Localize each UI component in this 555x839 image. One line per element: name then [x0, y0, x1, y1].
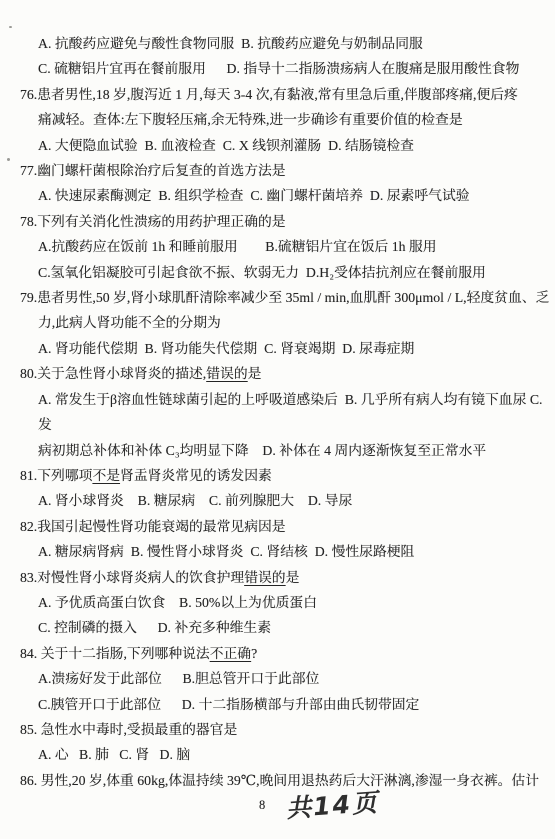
- scan-speck: [7, 158, 10, 161]
- exam-page-scan: A. 抗酸药应避免与酸性食物同服 B. 抗酸药应避免与奶制品同服C. 硫糖铝片宜…: [0, 0, 555, 839]
- text-line: 81.下列哪项不是肾盂肾炎常见的诱发因素: [0, 463, 555, 488]
- text-line: 77.幽门螺杆菌根除治疗后复查的首选方法是: [0, 158, 555, 183]
- text-line: C. 控制磷的摄入 D. 补充多种维生素: [0, 615, 555, 640]
- text-line: A. 快速尿素酶测定 B. 组织学检查 C. 幽门螺杆菌培养 D. 尿素呼气试验: [0, 183, 555, 208]
- text-line: 85. 急性水中毒时,受损最重的器官是: [0, 717, 555, 742]
- text-line: 84. 关于十二指肠,下列哪种说法不正确?: [0, 641, 555, 666]
- line-text: 78.下列有关消化性溃疡的用药护理正确的是: [20, 214, 286, 229]
- line-text: A. 心 B. 肺 C. 肾 D. 脑: [38, 747, 190, 762]
- underlined-text: 错误的: [244, 570, 285, 585]
- line-text: A. 常发生于β溶血性链球菌引起的上呼吸道感染后 B. 几乎所有病人均有镜下血尿…: [38, 392, 546, 432]
- text-line: A.抗酸药应在饭前 1h 和睡前服用 B.硫糖铝片宜在饭后 1h 服用: [0, 234, 555, 259]
- text-line: 83.对慢性肾小球肾炎病人的饮食护理错误的是: [0, 565, 555, 590]
- line-text: 76.患者男性,18 岁,腹泻近 1 月,每天 3-4 次,有黏液,常有里急后重…: [20, 87, 518, 102]
- line-text: C.胰管开口于此部位 D. 十二指肠横部与升部由曲氏韧带固定: [38, 697, 419, 712]
- line-text: A. 糖尿病肾病 B. 慢性肾小球肾炎 C. 肾结核 D. 慢性尿路梗阻: [38, 544, 414, 559]
- line-text: 82.我国引起慢性肾功能衰竭的最常见病因是: [20, 519, 286, 534]
- scan-speck: [9, 26, 12, 28]
- line-text: A. 快速尿素酶测定 B. 组织学检查 C. 幽门螺杆菌培养 D. 尿素呼气试验: [38, 188, 470, 203]
- document-body: A. 抗酸药应避免与酸性食物同服 B. 抗酸药应避免与奶制品同服C. 硫糖铝片宜…: [0, 0, 555, 793]
- text-line: A. 心 B. 肺 C. 肾 D. 脑: [0, 742, 555, 767]
- line-text: C.氢氧化铝凝胶可引起食欲不振、软弱无力 D.H₂受体拮抗剂应在餐前服用: [38, 265, 486, 280]
- text-line: A. 肾功能代偿期 B. 肾功能失代偿期 C. 肾衰竭期 D. 尿毒症期: [0, 336, 555, 361]
- text-line: C. 硫糖铝片宜再在餐前服用 D. 指导十二指肠溃疡病人在腹痛是服用酸性食物: [0, 56, 555, 81]
- text-line: 82.我国引起慢性肾功能衰竭的最常见病因是: [0, 514, 555, 539]
- page-footer: 8 共14页: [0, 784, 555, 839]
- line-text: A. 肾小球肾炎 B. 糖尿病 C. 前列腺肥大 D. 导尿: [38, 493, 352, 508]
- page-number: 8: [259, 798, 265, 813]
- text-line: A. 糖尿病肾病 B. 慢性肾小球肾炎 C. 肾结核 D. 慢性尿路梗阻: [0, 539, 555, 564]
- line-text: 77.幽门螺杆菌根除治疗后复查的首选方法是: [20, 163, 286, 178]
- underlined-text: 不是: [92, 468, 120, 483]
- line-text: C. 硫糖铝片宜再在餐前服用 D. 指导十二指肠溃疡病人在腹痛是服用酸性食物: [38, 61, 519, 76]
- text-line: C.胰管开口于此部位 D. 十二指肠横部与升部由曲氏韧带固定: [0, 692, 555, 717]
- line-text: 83.对慢性肾小球肾炎病人的饮食护理: [20, 570, 244, 585]
- line-text: 84. 关于十二指肠,下列哪种说法: [20, 646, 210, 661]
- text-line: 力,此病人肾功能不全的分期为: [0, 310, 555, 335]
- line-text: A. 大便隐血试验 B. 血液检查 C. X 线钡剂灌肠 D. 结肠镜检查: [38, 138, 414, 153]
- text-line: C.氢氧化铝凝胶可引起食欲不振、软弱无力 D.H₂受体拮抗剂应在餐前服用: [0, 260, 555, 285]
- text-line: A. 大便隐血试验 B. 血液检查 C. X 线钡剂灌肠 D. 结肠镜检查: [0, 133, 555, 158]
- line-text: A.溃疡好发于此部位 B.胆总管开口于此部位: [38, 671, 319, 686]
- text-line: 病初期总补体和补体 C₃均明显下降 D. 补体在 4 周内逐渐恢复至正常水平: [0, 438, 555, 463]
- text-line: A. 肾小球肾炎 B. 糖尿病 C. 前列腺肥大 D. 导尿: [0, 488, 555, 513]
- text-line: A.溃疡好发于此部位 B.胆总管开口于此部位: [0, 666, 555, 691]
- text-line: A. 常发生于β溶血性链球菌引起的上呼吸道感染后 B. 几乎所有病人均有镜下血尿…: [0, 387, 555, 438]
- line-text: 痛减轻。查体:左下腹轻压痛,余无特殊,进一步确诊有重要价值的检查是: [38, 112, 463, 127]
- underlined-text: 不正确: [210, 646, 251, 661]
- underlined-text: 错误的: [206, 366, 247, 381]
- line-text: 85. 急性水中毒时,受损最重的器官是: [20, 722, 237, 737]
- text-line: 80.关于急性肾小球肾炎的描述,错误的是: [0, 361, 555, 386]
- line-text: 力,此病人肾功能不全的分期为: [38, 315, 221, 330]
- line-text: A.抗酸药应在饭前 1h 和睡前服用 B.硫糖铝片宜在饭后 1h 服用: [38, 239, 437, 254]
- line-text: 79.患者男性,50 岁,肾小球肌酐清除率减少至 35ml / min,血肌酐 …: [20, 290, 549, 305]
- line-text: A. 抗酸药应避免与酸性食物同服 B. 抗酸药应避免与奶制品同服: [38, 36, 423, 51]
- line-text: C. 控制磷的摄入 D. 补充多种维生素: [38, 620, 271, 635]
- line-text: A. 肾功能代偿期 B. 肾功能失代偿期 C. 肾衰竭期 D. 尿毒症期: [38, 341, 414, 356]
- handwritten-note: 共14页: [285, 783, 380, 825]
- line-text: 80.关于急性肾小球肾炎的描述,: [20, 366, 206, 381]
- text-line: 痛减轻。查体:左下腹轻压痛,余无特殊,进一步确诊有重要价值的检查是: [0, 107, 555, 132]
- line-text-post: 是: [286, 570, 300, 585]
- text-line: A. 予优质高蛋白饮食 B. 50%以上为优质蛋白: [0, 590, 555, 615]
- text-line: 79.患者男性,50 岁,肾小球肌酐清除率减少至 35ml / min,血肌酐 …: [0, 285, 555, 310]
- text-line: 78.下列有关消化性溃疡的用药护理正确的是: [0, 209, 555, 234]
- line-text-post: 肾盂肾炎常见的诱发因素: [120, 468, 272, 483]
- line-text: 81.下列哪项: [20, 468, 92, 483]
- text-line: A. 抗酸药应避免与酸性食物同服 B. 抗酸药应避免与奶制品同服: [0, 31, 555, 56]
- line-text: 病初期总补体和补体 C₃均明显下降 D. 补体在 4 周内逐渐恢复至正常水平: [38, 443, 486, 458]
- line-text: A. 予优质高蛋白饮食 B. 50%以上为优质蛋白: [38, 595, 317, 610]
- line-text-post: 是: [248, 366, 262, 381]
- line-text-post: ?: [251, 646, 257, 661]
- text-line: 76.患者男性,18 岁,腹泻近 1 月,每天 3-4 次,有黏液,常有里急后重…: [0, 82, 555, 107]
